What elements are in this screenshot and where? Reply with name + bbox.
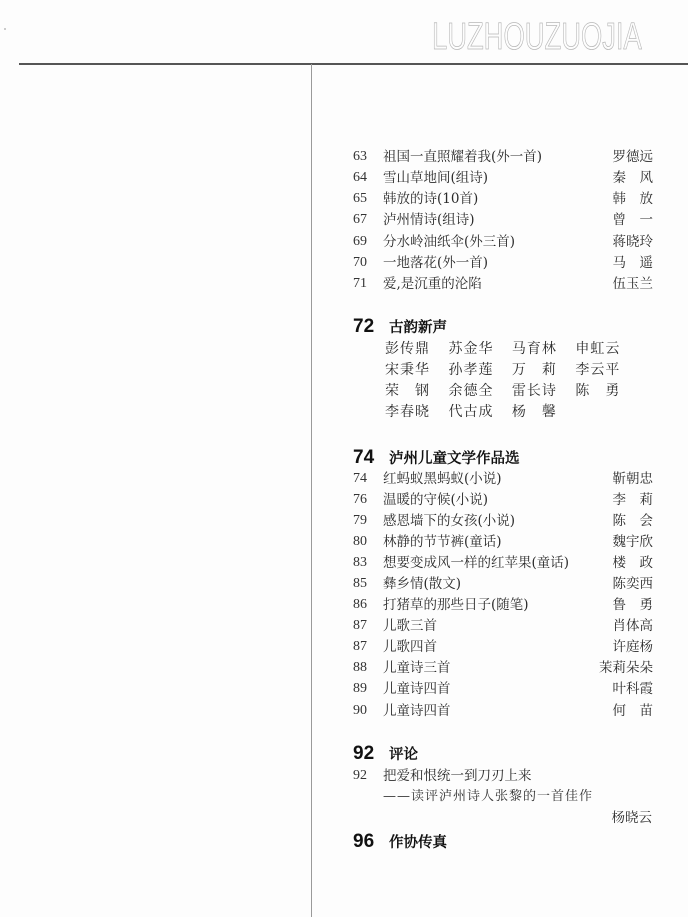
section-page-number: 74 — [353, 447, 389, 469]
entry-author: 何 苗 — [613, 701, 654, 721]
toc-entry[interactable]: 87 儿歌三首 肖体高 — [353, 616, 653, 636]
contributor-names-grid: 彭传鼎 苏金华 马育林 申虹云 宋秉华 孙孝莲 万 莉 李云平 荣 钢 余德全 … — [385, 339, 619, 423]
toc-entry[interactable]: 64 雪山草地间(组诗) 秦 风 — [353, 168, 653, 188]
entry-title: 儿歌三首 — [383, 616, 437, 636]
section-heading-guyun[interactable]: 72古韵新声 — [353, 316, 447, 338]
entry-title: 彝乡情(散文) — [383, 574, 461, 594]
contributor-name: 申虹云 — [575, 339, 619, 360]
section-page-number: 92 — [353, 743, 389, 765]
section-page-number: 96 — [353, 831, 389, 853]
entry-title: 红蚂蚁黑蚂蚁(小说) — [383, 469, 502, 489]
contributor-name: 雷长诗 — [512, 381, 556, 402]
entry-author: 伍玉兰 — [613, 274, 654, 294]
section-title: 泸州儿童文学作品选 — [389, 451, 520, 467]
entry-author: 韩 放 — [613, 189, 654, 209]
toc-entry[interactable]: 86 打猪草的那些日子(随笔) 鲁 勇 — [353, 595, 653, 615]
contributor-name: 孙孝莲 — [448, 360, 492, 381]
contributor-name: 杨 馨 — [512, 402, 556, 423]
entry-author: 许庭杨 — [613, 637, 654, 657]
contributor-name: 宋秉华 — [385, 360, 429, 381]
toc-entry[interactable]: 76 温暖的守候(小说) 李 莉 — [353, 490, 653, 510]
page-number: 89 — [353, 679, 381, 699]
page-number: 87 — [353, 616, 381, 636]
entry-title: 祖国一直照耀着我(外一首) — [383, 147, 542, 167]
section-heading-fax[interactable]: 96作协传真 — [353, 831, 447, 853]
section-title: 古韵新声 — [389, 320, 447, 336]
page-number: 79 — [353, 511, 381, 531]
entry-author: 陈 会 — [613, 511, 654, 531]
entry-title: 韩放的诗(10首) — [383, 189, 478, 209]
section-heading-review[interactable]: 92评论 — [353, 743, 418, 765]
contributor-name: 李云平 — [575, 360, 619, 381]
entry-author: 马 遥 — [613, 253, 654, 273]
page-number: 92 — [353, 766, 381, 786]
names-row: 彭传鼎 苏金华 马育林 申虹云 — [385, 339, 619, 360]
page-number: 83 — [353, 553, 381, 573]
entry-title: 感恩墙下的女孩(小说) — [383, 511, 515, 531]
toc-entry[interactable]: 90 儿童诗四首 何 苗 — [353, 701, 653, 721]
section-page-number: 72 — [353, 316, 389, 338]
entry-title: 一地落花(外一首) — [383, 253, 488, 273]
entry-title: 儿童诗四首 — [383, 679, 451, 699]
entry-author: 曾 一 — [613, 210, 654, 230]
toc-entry[interactable]: 79 感恩墙下的女孩(小说) 陈 会 — [353, 511, 653, 531]
contributor-name: 陈 勇 — [575, 381, 619, 402]
entry-title: 打猪草的那些日子(随笔) — [383, 595, 529, 615]
entry-author: 叶科霞 — [613, 679, 654, 699]
entry-title: 把爱和恨统一到刀刃上来 — [383, 766, 532, 786]
contributor-name: 彭传鼎 — [385, 339, 429, 360]
entry-author: 魏宇欣 — [613, 532, 654, 552]
page-number: 65 — [353, 189, 381, 209]
page-number: 86 — [353, 595, 381, 615]
toc-entry[interactable]: 63 祖国一直照耀着我(外一首) 罗德远 — [353, 147, 653, 167]
entry-subtitle: ——读评泸州诗人张黎的一首佳作 — [383, 787, 593, 807]
entry-author: 靳朝忠 — [613, 469, 654, 489]
entry-author: 蒋晓玲 — [613, 232, 654, 252]
page-number: 85 — [353, 574, 381, 594]
contributor-name: 马育林 — [512, 339, 556, 360]
page-number: 80 — [353, 532, 381, 552]
toc-entry[interactable]: 87 儿歌四首 许庭杨 — [353, 637, 653, 657]
section-heading-children[interactable]: 74泸州儿童文学作品选 — [353, 447, 520, 469]
names-row: 荣 钢 余德全 雷长诗 陈 勇 — [385, 381, 619, 402]
toc-entry[interactable]: 83 想要变成风一样的红苹果(童话) 楼 政 — [353, 553, 653, 573]
toc-entry[interactable]: 74 红蚂蚁黑蚂蚁(小说) 靳朝忠 — [353, 469, 653, 489]
entry-author: 楼 政 — [613, 553, 654, 573]
entry-author: 杨晓云 — [612, 808, 653, 828]
entry-title: 泸州情诗(组诗) — [383, 210, 475, 230]
toc-entry[interactable]: 70 一地落花(外一首) 马 遥 — [353, 253, 653, 273]
page-number: 74 — [353, 469, 381, 489]
contributor-name: 荣 钢 — [385, 381, 429, 402]
entry-title: 爱,是沉重的沦陷 — [383, 274, 482, 294]
toc-entry[interactable]: 89 儿童诗四首 叶科霞 — [353, 679, 653, 699]
page-number: 88 — [353, 658, 381, 678]
toc-entry[interactable]: 71 爱,是沉重的沦陷 伍玉兰 — [353, 274, 653, 294]
page-number: 67 — [353, 210, 381, 230]
page-speck — [4, 28, 6, 30]
entry-title: 分水岭油纸伞(外三首) — [383, 232, 515, 252]
header-rule — [19, 63, 688, 65]
entry-title: 儿歌四首 — [383, 637, 437, 657]
contributor-name: 万 莉 — [512, 360, 556, 381]
page-number: 64 — [353, 168, 381, 188]
entry-title: 儿童诗三首 — [383, 658, 451, 678]
entry-title: 温暖的守候(小说) — [383, 490, 488, 510]
entry-title: 想要变成风一样的红苹果(童话) — [383, 553, 569, 573]
page-number: 69 — [353, 232, 381, 252]
section-title: 作协传真 — [389, 835, 447, 851]
entry-author: 罗德远 — [613, 147, 654, 167]
toc-entry[interactable]: 92 把爱和恨统一到刀刃上来 — [353, 766, 653, 786]
contributor-name: 李春晓 — [385, 402, 429, 423]
page-number: 76 — [353, 490, 381, 510]
entry-title: 雪山草地间(组诗) — [383, 168, 488, 188]
entry-author: 茉莉朵朵 — [599, 658, 653, 678]
entry-author: 肖体高 — [613, 616, 654, 636]
page-number: 87 — [353, 637, 381, 657]
entry-title: 林静的节节裤(童话) — [383, 532, 502, 552]
entry-title: 儿童诗四首 — [383, 701, 451, 721]
toc-entry[interactable]: 80 林静的节节裤(童话) 魏宇欣 — [353, 532, 653, 552]
toc-entry[interactable]: 69 分水岭油纸伞(外三首) 蒋晓玲 — [353, 232, 653, 252]
toc-entry[interactable]: 85 彝乡情(散文) 陈奕西 — [353, 574, 653, 594]
page-number: 63 — [353, 147, 381, 167]
section-title: 评论 — [389, 747, 418, 763]
entry-author: 秦 风 — [613, 168, 654, 188]
names-row: 李春晓 代古成 杨 馨 — [385, 402, 619, 423]
contributor-name: 苏金华 — [448, 339, 492, 360]
page-number: 70 — [353, 253, 381, 273]
names-row: 宋秉华 孙孝莲 万 莉 李云平 — [385, 360, 619, 381]
entry-author: 李 莉 — [613, 490, 654, 510]
page-spine-divider — [311, 64, 312, 917]
toc-entry[interactable]: 65 韩放的诗(10首) 韩 放 — [353, 189, 653, 209]
page-number: 90 — [353, 701, 381, 721]
contributor-name: 代古成 — [448, 402, 492, 423]
entry-author: 鲁 勇 — [613, 595, 654, 615]
masthead-title: LUZHOUZUOJIA — [432, 18, 642, 56]
toc-entry[interactable]: 88 儿童诗三首 茉莉朵朵 — [353, 658, 653, 678]
toc-entry[interactable]: 67 泸州情诗(组诗) 曾 一 — [353, 210, 653, 230]
page-number: 71 — [353, 274, 381, 294]
entry-author: 陈奕西 — [613, 574, 654, 594]
contributor-name: 余德全 — [448, 381, 492, 402]
